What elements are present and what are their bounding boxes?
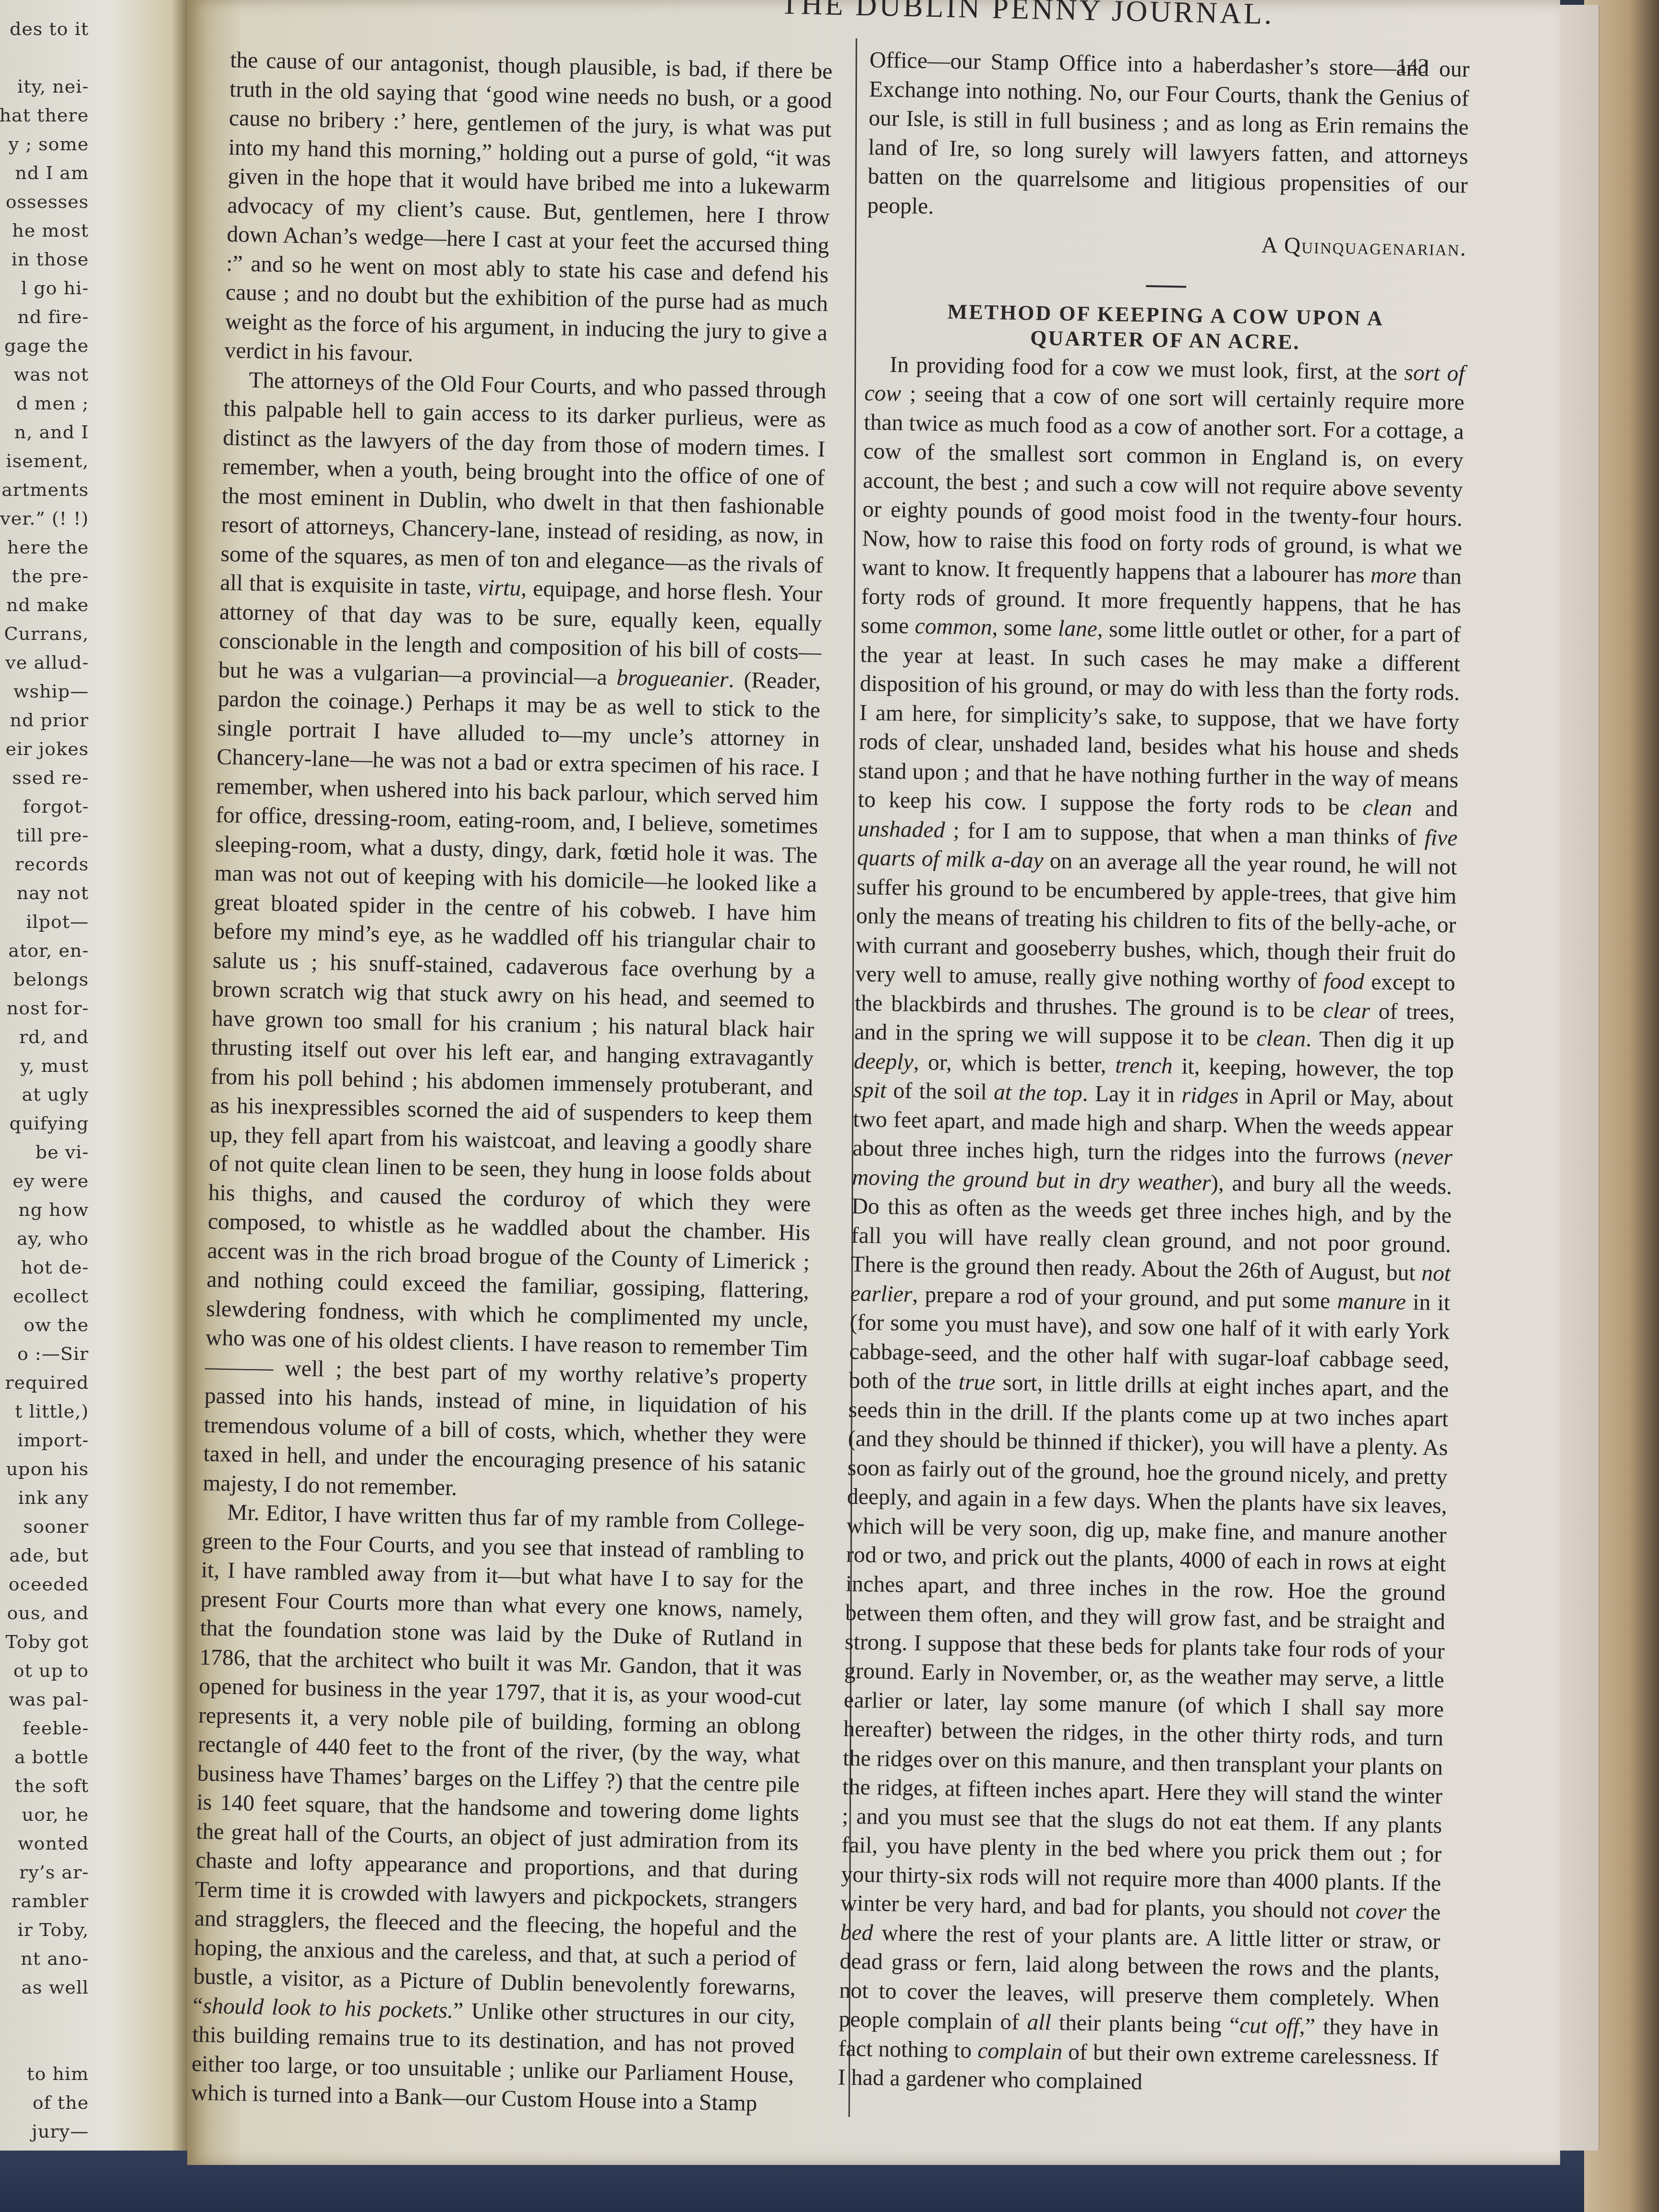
italic-text: brogueanier (616, 665, 729, 692)
paragraph: The attorneys of the Old Four Courts, an… (203, 365, 827, 1509)
facing-line: ink any (0, 1483, 89, 1512)
italic-text: at the top (994, 1080, 1082, 1106)
text-run: , some little outlet or other, for a par… (858, 617, 1461, 820)
facing-line: ot up to (0, 1656, 89, 1685)
facing-line: required (0, 1368, 89, 1397)
facing-line: o :—Sir (0, 1339, 89, 1368)
facing-line: belongs (0, 965, 89, 994)
paragraph: Mr. Editor, I have written thus far of m… (191, 1497, 805, 2118)
italic-text: bed (840, 1920, 873, 1945)
italic-text: food (1323, 969, 1364, 994)
facing-line: ry’s ar- (0, 1858, 89, 1887)
facing-line: wship— (0, 677, 89, 706)
left-column: the cause of our antagonist, though plau… (191, 46, 833, 2119)
facing-line: ver.” (! !) (0, 504, 89, 533)
right-column: Office—our Stamp Office into a haberdash… (838, 46, 1470, 2102)
facing-line: ssed re- (0, 763, 89, 792)
italic-text: clear (1323, 998, 1370, 1024)
facing-line: jury— (0, 2117, 89, 2146)
facing-line: quifying (0, 1109, 89, 1138)
facing-line: ay, who (0, 1224, 89, 1253)
facing-line: the pre- (0, 562, 89, 590)
continued-article-end: Office—our Stamp Office into a haberdash… (867, 46, 1470, 229)
facing-line: ade, but (0, 1541, 89, 1570)
facing-line: upon his (0, 1455, 89, 1483)
facing-line: t little,) (0, 1397, 89, 1426)
article-title: Method of keeping a cow upon a quarter o… (865, 298, 1466, 357)
paragraph: Office—our Stamp Office into a haberdash… (867, 46, 1470, 229)
italic-text: spit (853, 1078, 886, 1103)
facing-line: till pre- (0, 821, 89, 850)
italic-text: true (959, 1370, 996, 1395)
author-signature: A Quinquagenarian. (866, 225, 1467, 263)
facing-line: of the (0, 2088, 89, 2117)
facing-line: feeble- (0, 1714, 89, 1743)
facing-line: Currans, (0, 619, 89, 648)
facing-line: hot de- (0, 1253, 89, 1282)
facing-line: ng how (0, 1195, 89, 1224)
facing-line: d men ; (0, 389, 89, 418)
italic-text: complain (977, 2038, 1063, 2065)
facing-line: Toby got (0, 1627, 89, 1656)
facing-line: eir jokes (0, 734, 89, 763)
facing-line: nt ano- (0, 1944, 89, 1973)
facing-line: to him (0, 2059, 89, 2088)
text-run: the (1406, 1899, 1441, 1925)
facing-line: ity, nei- (0, 72, 89, 101)
facing-line: nd fire- (0, 302, 89, 331)
journal-page: The Dublin Penny Journal. 143 the cause … (187, 0, 1560, 2165)
text-run: of the soil (886, 1078, 994, 1105)
facing-line: was pal- (0, 1685, 89, 1714)
facing-line: ecollect (0, 1282, 89, 1310)
facing-line: ey were (0, 1166, 89, 1195)
facing-line: forgot- (0, 792, 89, 821)
text-run: ; seeing that a cow of one sort will cer… (862, 381, 1465, 588)
facing-line: n, and I (0, 418, 89, 446)
facing-line: sooner (0, 1512, 89, 1541)
facing-line: nost for- (0, 994, 89, 1022)
facing-line: isement, (0, 446, 89, 475)
text-run: In providing food for a cow we must look… (890, 352, 1405, 385)
facing-line: ow the (0, 1310, 89, 1339)
paragraph: In providing food for a cow we must look… (838, 349, 1465, 2101)
facing-line: rambler (0, 1887, 89, 1915)
facing-line: nd I am (0, 158, 89, 187)
text-run: The attorneys of the Old Four Courts, an… (220, 367, 827, 600)
italic-text: more (1370, 563, 1417, 589)
text-run: ; for I am to suppose, that when a man t… (945, 817, 1425, 850)
facing-line: ossesses (0, 187, 89, 216)
facing-line: a bottle (0, 1743, 89, 1771)
facing-line: y ; some (0, 130, 89, 158)
facing-line: he most (0, 216, 89, 245)
italic-text: clean (1362, 795, 1412, 821)
facing-line: records (0, 850, 89, 878)
italic-text: manure (1337, 1288, 1406, 1314)
text-run: Mr. Editor, I have written thus far of m… (192, 1500, 805, 2018)
facing-line: at ugly (0, 1080, 89, 1109)
facing-line: as well (0, 1973, 89, 2002)
italic-text: clean (1256, 1026, 1306, 1052)
italic-text: virtu (478, 575, 521, 601)
facing-line: was not (0, 360, 89, 389)
italic-text: cover (1356, 1899, 1407, 1924)
facing-line: rd, and (0, 1022, 89, 1051)
text-run: , some (992, 615, 1058, 641)
italic-text: ridges (1181, 1082, 1239, 1108)
facing-line: nay not (0, 878, 89, 907)
facing-line: y, must (0, 1051, 89, 1080)
text-run: sort, in little drills at eight inches a… (841, 1370, 1449, 1923)
facing-line: ve allud- (0, 648, 89, 677)
facing-line: nd prior (0, 706, 89, 734)
facing-line: ator, en- (0, 936, 89, 965)
facing-line: the soft (0, 1771, 89, 1800)
text-run: the cause of our antagonist, though plau… (224, 48, 832, 366)
section-divider (1146, 285, 1186, 288)
facing-line: hat there (0, 101, 89, 130)
facing-line: artments (0, 475, 89, 504)
italic-text: should look to his pockets. (203, 1993, 453, 2023)
italic-text: common (914, 614, 992, 640)
facing-line: ous, and (0, 1599, 89, 1627)
text-run: . Lay it in (1082, 1081, 1181, 1107)
italic-text: all (1027, 2010, 1051, 2035)
text-run: . Then dig it up (1306, 1027, 1455, 1054)
facing-line: des to it (0, 14, 89, 43)
facing-line: here the (0, 533, 89, 562)
facing-line: l go hi- (0, 274, 89, 302)
facing-line: in those (0, 245, 89, 274)
text-run: , or, which is better, (913, 1049, 1115, 1078)
article-body: In providing food for a cow we must look… (838, 349, 1465, 2101)
facing-line: import- (0, 1426, 89, 1455)
italic-text: lane (1058, 616, 1098, 641)
italic-text: cut off (1239, 2013, 1299, 2039)
running-head: The Dublin Penny Journal. (763, 0, 1291, 32)
facing-line: ilpot— (0, 907, 89, 936)
facing-line: uor, he (0, 1800, 89, 1829)
text-run: and (1412, 796, 1458, 821)
paragraph: the cause of our antagonist, though plau… (224, 46, 833, 376)
text-run: their plants being “ (1051, 2010, 1239, 2038)
text-run: , prepare a rod of your ground, and put … (912, 1282, 1337, 1313)
facing-line: ir Toby, (0, 1915, 89, 1944)
facing-line: gage the (0, 331, 89, 360)
facing-line: wonted (0, 1829, 89, 1858)
facing-line: oceeded (0, 1570, 89, 1599)
italic-text: unshaded (857, 816, 945, 842)
facing-page: des to itity, nei-hat therey ; somend I … (0, 0, 202, 2151)
text-run: Office—our Stamp Office into a haberdash… (867, 48, 1469, 219)
facing-line: be vi- (0, 1138, 89, 1166)
italic-text: deeply (854, 1048, 914, 1074)
text-run: it, keeping, however, the top (1172, 1054, 1454, 1083)
facing-page-text: des to itity, nei-hat therey ; somend I … (0, 14, 89, 2146)
facing-line: nd make (0, 590, 89, 619)
text-run: . (Reader, pardon the coinage.) Perhaps … (203, 667, 821, 1500)
italic-text: trench (1115, 1053, 1173, 1079)
